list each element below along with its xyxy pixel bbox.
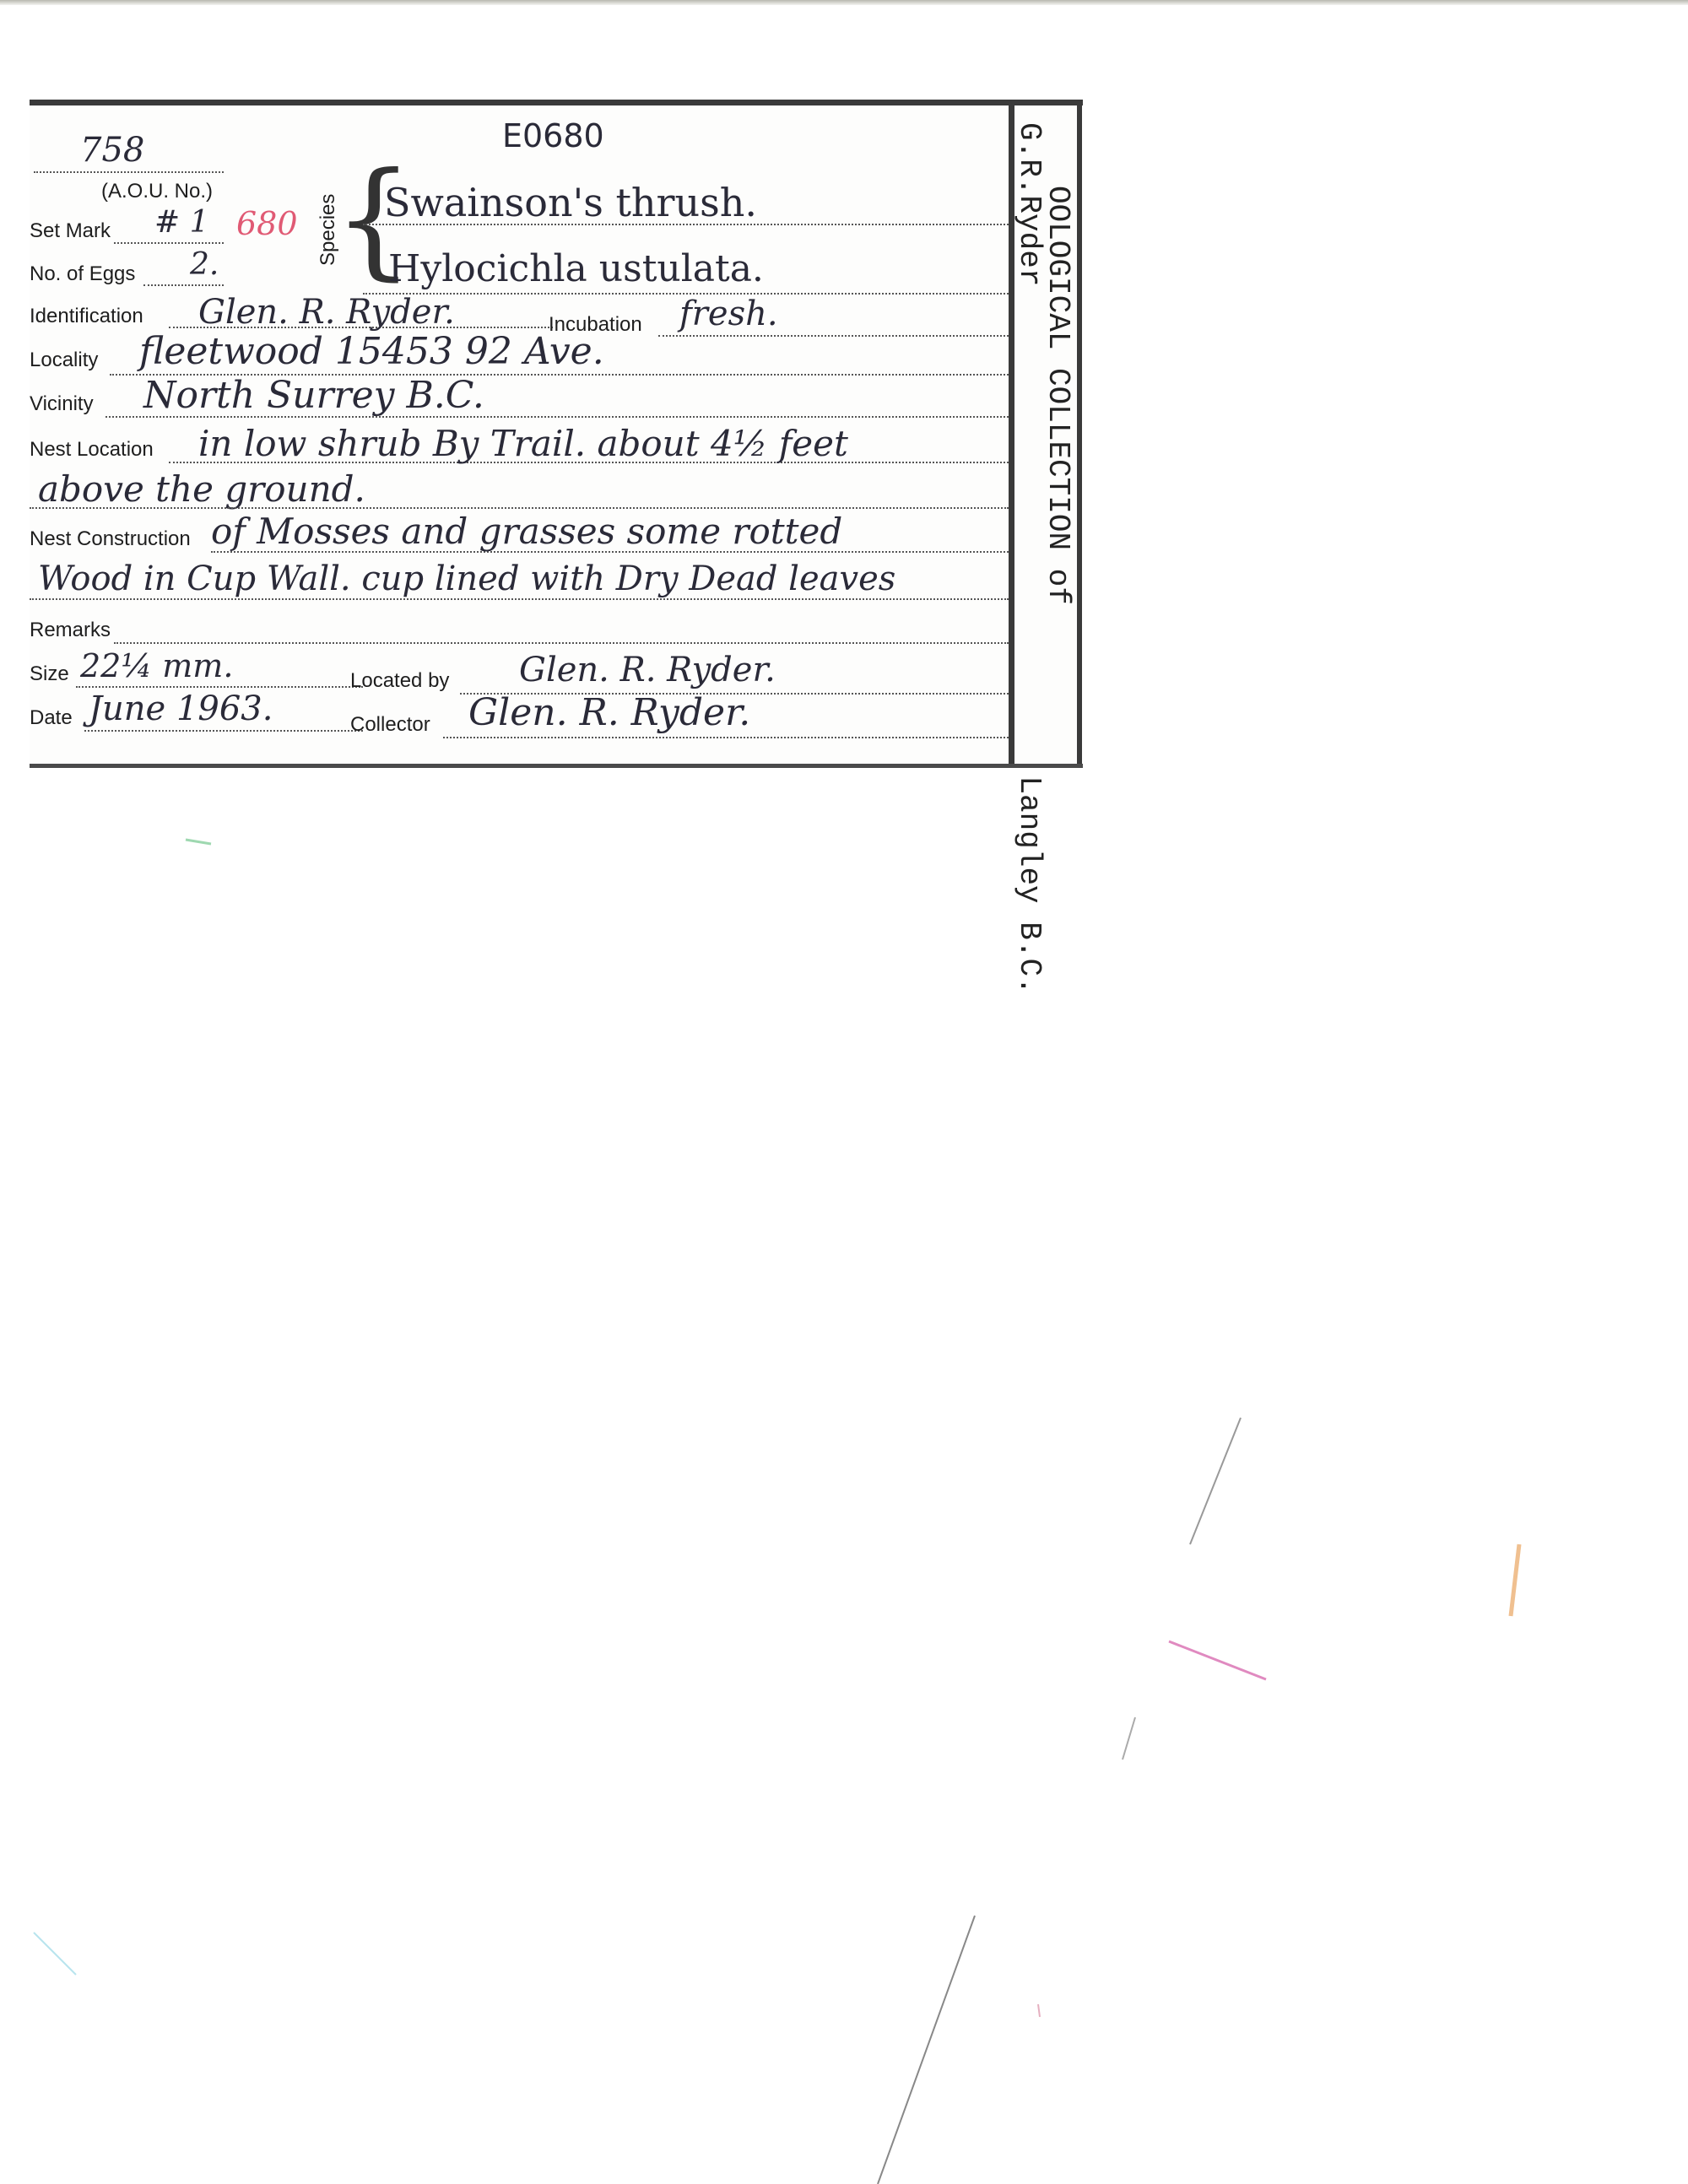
scan-artifacts (0, 0, 1688, 2184)
